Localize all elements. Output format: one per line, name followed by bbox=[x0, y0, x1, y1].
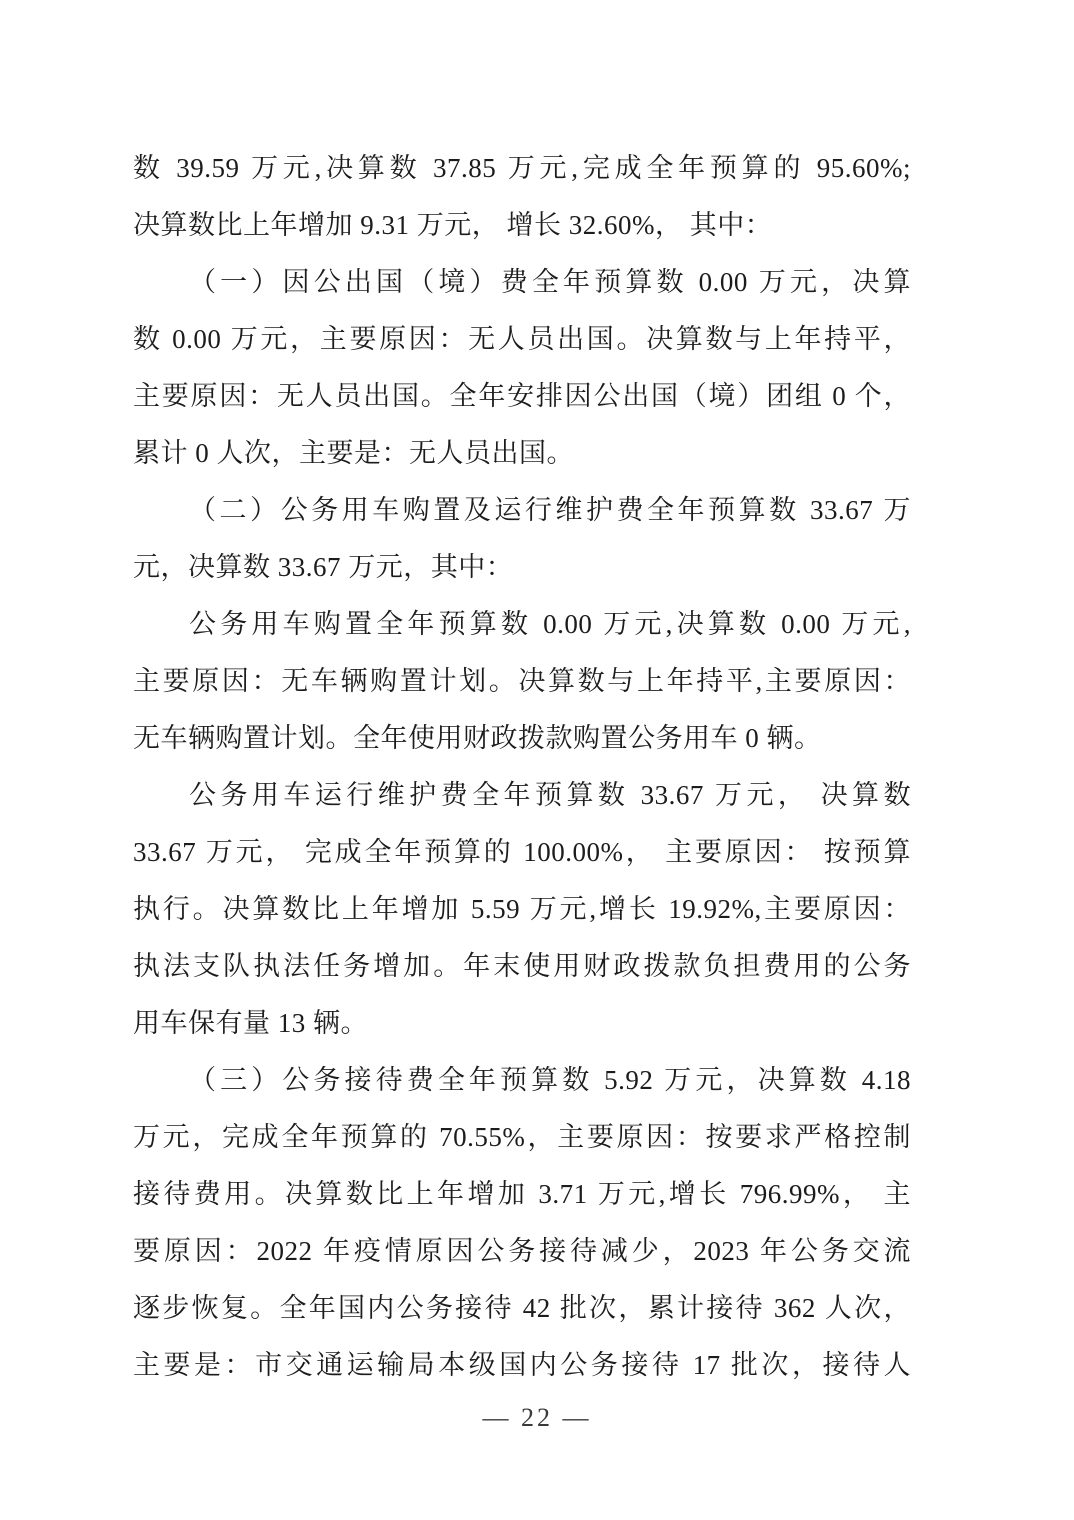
text-line: 逐步恢复。全年国内公务接待 42 批次，累计接待 362 人次， bbox=[133, 1280, 911, 1337]
text-line: 要原因：2022 年疫情原因公务接待减少，2023 年公务交流 bbox=[133, 1223, 911, 1280]
text-line: 数 39.59 万元,决算数 37.85 万元,完成全年预算的 95.60%; bbox=[133, 140, 911, 197]
document-page: 数 39.59 万元,决算数 37.85 万元,完成全年预算的 95.60%;决… bbox=[0, 0, 1074, 1520]
text-line: 决算数比上年增加 9.31 万元， 增长 32.60%， 其中： bbox=[133, 197, 911, 254]
text-line: 主要原因：无人员出国。全年安排因公出国（境）团组 0 个， bbox=[133, 368, 911, 425]
text-line: 主要原因：无车辆购置计划。决算数与上年持平,主要原因： bbox=[133, 653, 911, 710]
text-line: 累计 0 人次，主要是：无人员出国。 bbox=[133, 425, 911, 482]
text-line: （三）公务接待费全年预算数 5.92 万元，决算数 4.18 bbox=[133, 1052, 911, 1109]
page-number: — 22 — bbox=[0, 1398, 1074, 1438]
text-block: 数 39.59 万元,决算数 37.85 万元,完成全年预算的 95.60%;决… bbox=[133, 140, 911, 1394]
text-line: 主要是：市交通运输局本级国内公务接待 17 批次，接待人 bbox=[133, 1337, 911, 1394]
text-line: 无车辆购置计划。全年使用财政拨款购置公务用车 0 辆。 bbox=[133, 710, 911, 767]
text-line: 接待费用。决算数比上年增加 3.71 万元,增长 796.99%， 主 bbox=[133, 1166, 911, 1223]
text-line: 用车保有量 13 辆。 bbox=[133, 995, 911, 1052]
text-line: 数 0.00 万元，主要原因：无人员出国。决算数与上年持平， bbox=[133, 311, 911, 368]
text-line: 公务用车运行维护费全年预算数 33.67 万元， 决算数 bbox=[133, 767, 911, 824]
text-line: 执法支队执法任务增加。年末使用财政拨款负担费用的公务 bbox=[133, 938, 911, 995]
text-line: 33.67 万元， 完成全年预算的 100.00%， 主要原因： 按预算 bbox=[133, 824, 911, 881]
text-line: （二）公务用车购置及运行维护费全年预算数 33.67 万 bbox=[133, 482, 911, 539]
text-line: 元，决算数 33.67 万元，其中： bbox=[133, 539, 911, 596]
text-line: 万元，完成全年预算的 70.55%，主要原因：按要求严格控制 bbox=[133, 1109, 911, 1166]
text-line: 公务用车购置全年预算数 0.00 万元,决算数 0.00 万元, bbox=[133, 596, 911, 653]
text-line: （一）因公出国（境）费全年预算数 0.00 万元，决算 bbox=[133, 254, 911, 311]
text-line: 执行。决算数比上年增加 5.59 万元,增长 19.92%,主要原因： bbox=[133, 881, 911, 938]
